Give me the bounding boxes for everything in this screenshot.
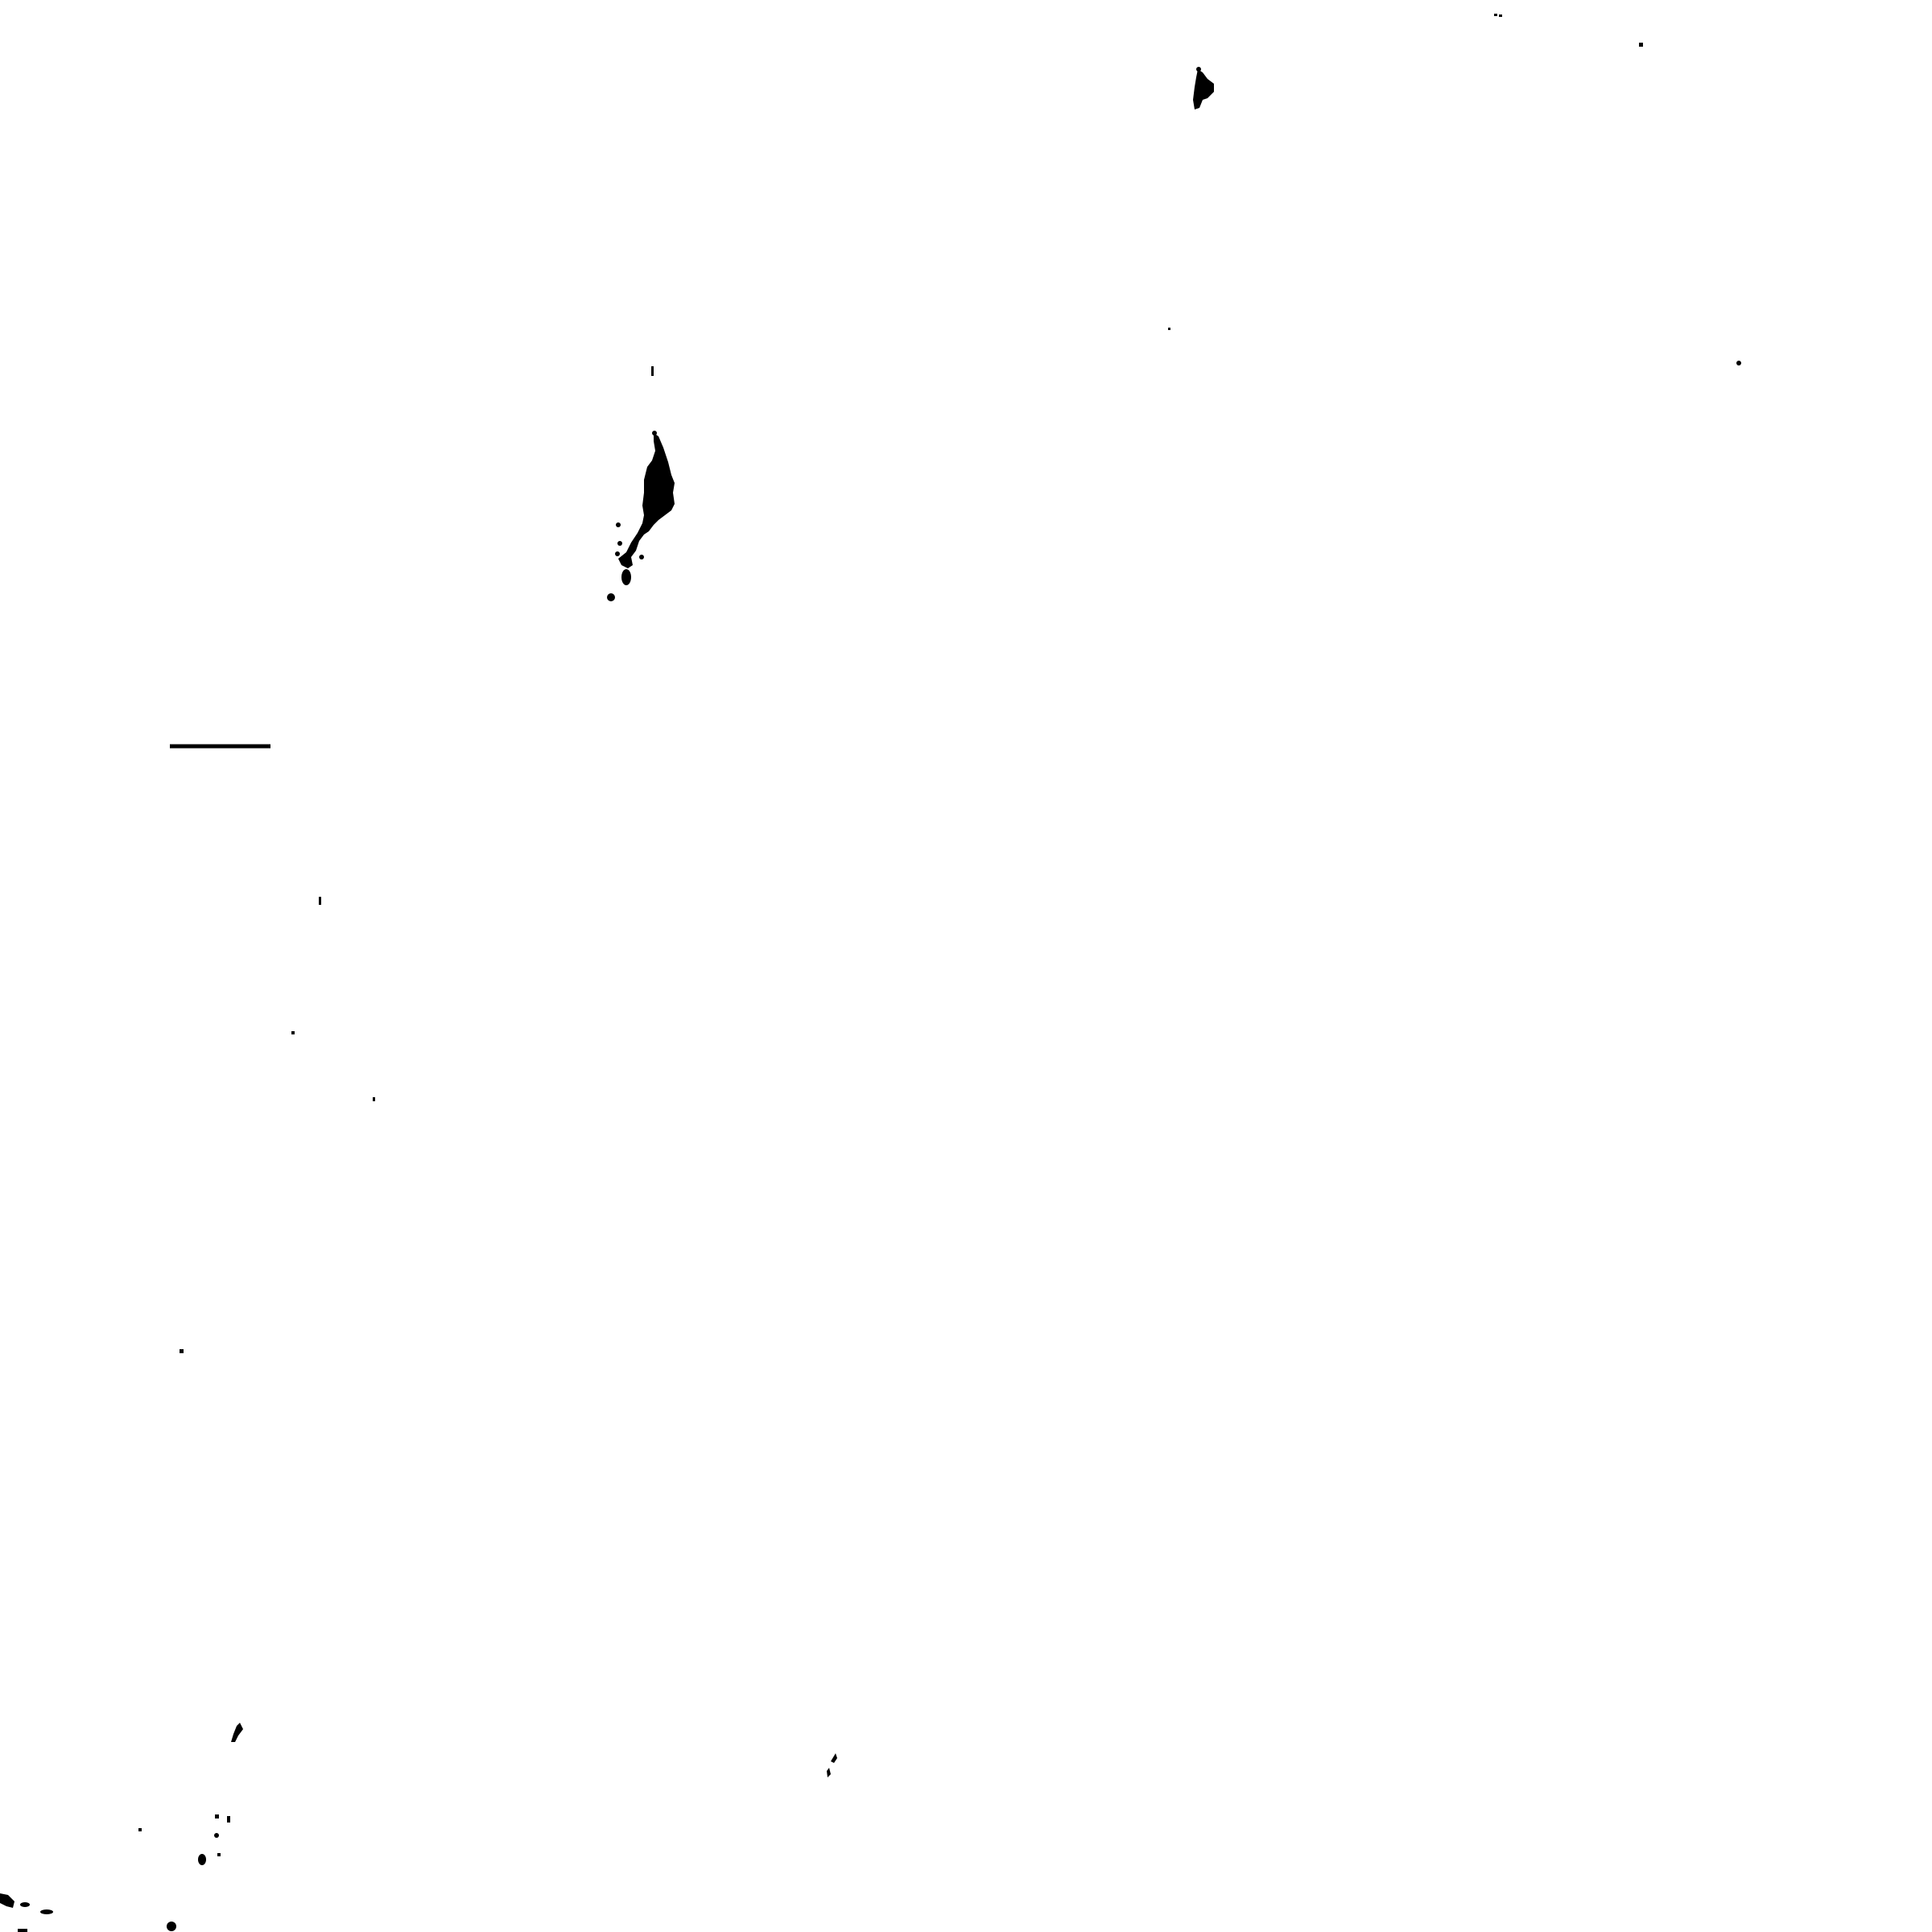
island-map (0, 0, 1932, 1932)
water-background (0, 0, 1932, 1932)
